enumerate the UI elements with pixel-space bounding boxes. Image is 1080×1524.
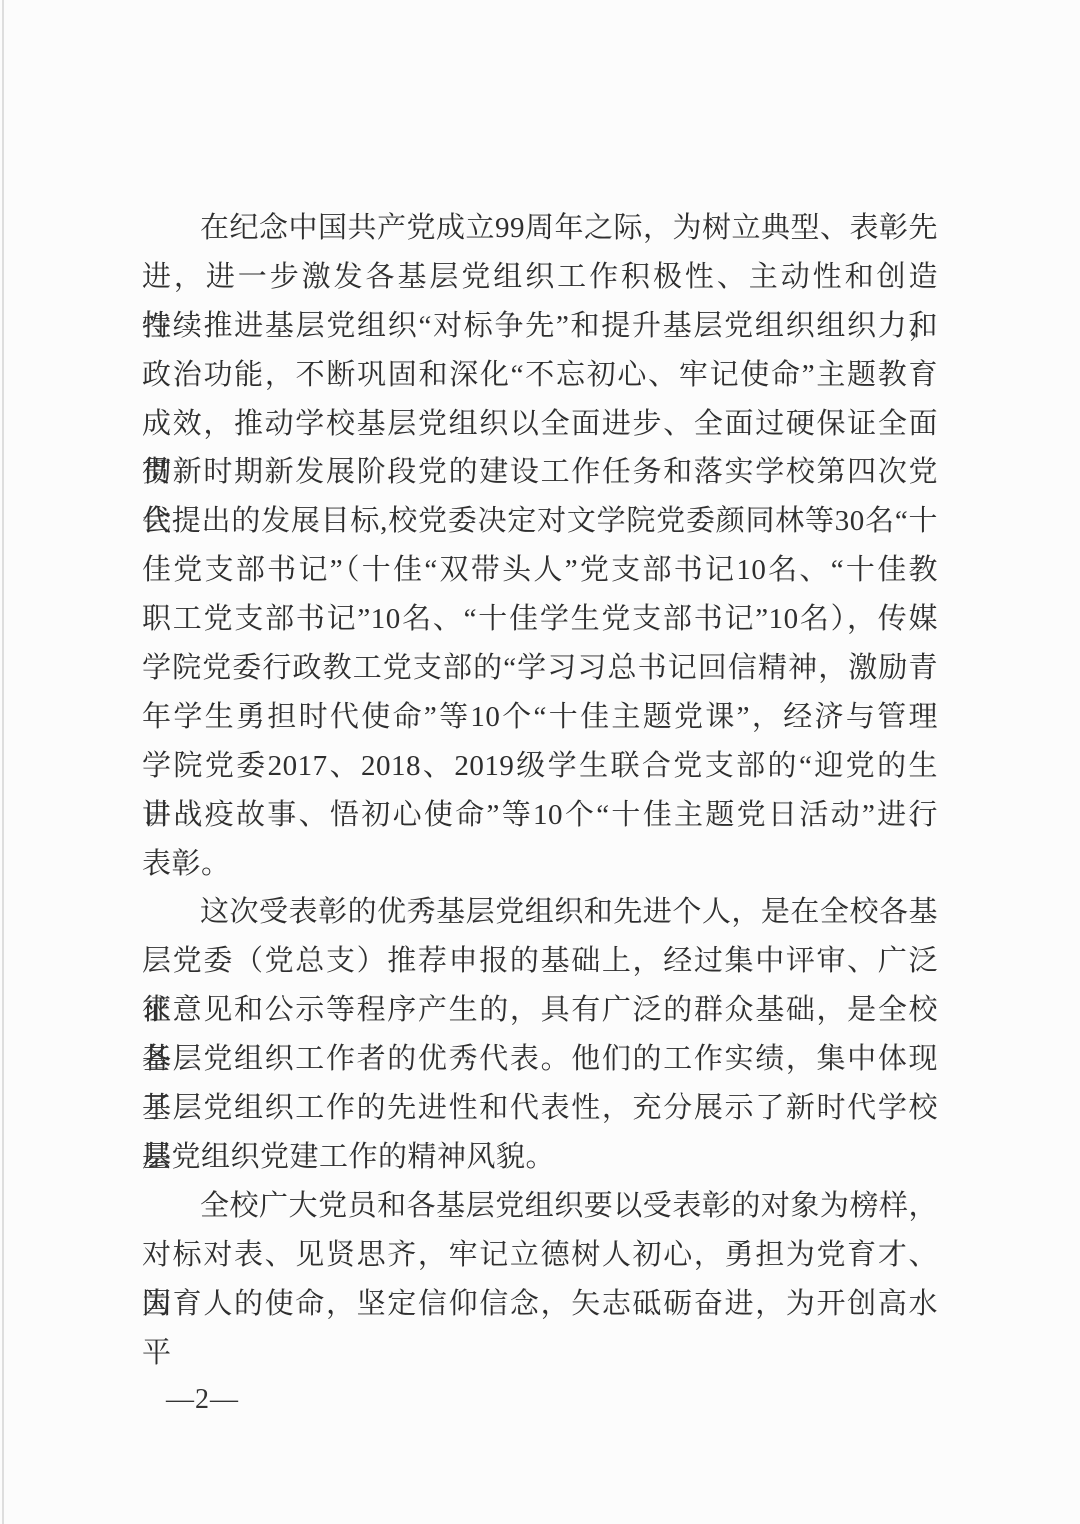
text-line: 在纪念中国共产党成立99周年之际，为树立典型、表彰先	[142, 204, 938, 253]
text-line: 学院党委2017、2018、2019级学生联合党支部的“迎党的生日、	[142, 742, 938, 791]
text-line: 基层党组织工作者的优秀代表。他们的工作实绩，集中体现了	[142, 1035, 938, 1084]
text-line: 职工党支部书记”10名、“十佳学生党支部书记”10名），传媒	[142, 595, 938, 644]
text-line: 进，进一步激发各基层党组织工作积极性、主动性和创造性，	[142, 253, 938, 302]
text-line: 层党组织党建工作的精神风貌。	[142, 1133, 938, 1182]
document-body: 在纪念中国共产党成立99周年之际，为树立典型、表彰先进，进一步激发各基层党组织工…	[142, 204, 938, 1328]
text-line: 会提出的发展目标,校党委决定对文学院党委颜同林等30名“十	[142, 497, 938, 546]
text-line: 求意见和公示等程序产生的，具有广泛的群众基础，是全校各	[142, 986, 938, 1035]
scan-artifact-line	[2, 0, 4, 1524]
text-line: 表彰。	[142, 840, 938, 889]
text-line: 持续推进基层党组织“对标争先”和提升基层党组织组织力和	[142, 302, 938, 351]
text-line: 层党委（党总支）推荐申报的基础上，经过集中评审、广泛征	[142, 937, 938, 986]
text-line: 基层党组织工作的先进性和代表性，充分展示了新时代学校基	[142, 1084, 938, 1133]
text-line: 讲战疫故事、悟初心使命”等10个“十佳主题党日活动”进行	[142, 791, 938, 840]
text-line: 年学生勇担时代使命”等10个“十佳主题党课”，经济与管理	[142, 693, 938, 742]
text-line: 佳党支部书记”（十佳“双带头人”党支部书记10名、“十佳教	[142, 546, 938, 595]
text-line: 政治功能，不断巩固和深化“不忘初心、牢记使命”主题教育	[142, 351, 938, 400]
document-page: 在纪念中国共产党成立99周年之际，为树立典型、表彰先进，进一步激发各基层党组织工…	[0, 0, 1080, 1524]
text-line: 学院党委行政教工党支部的“学习习总书记回信精神，激励青	[142, 644, 938, 693]
text-line: 全校广大党员和各基层党组织要以受表彰的对象为榜样，	[142, 1182, 938, 1231]
text-line: 成效，推动学校基层党组织以全面进步、全面过硬保证全面贯	[142, 400, 938, 449]
text-line: 国育人的使命，坚定信仰信念，矢志砥砺奋进，为开创高水平	[142, 1280, 938, 1329]
text-line: 这次受表彰的优秀基层党组织和先进个人，是在全校各基	[142, 888, 938, 937]
text-line: 彻新时期新发展阶段党的建设工作任务和落实学校第四次党代	[142, 448, 938, 497]
page-number: —2—	[166, 1380, 239, 1420]
text-line: 对标对表、见贤思齐，牢记立德树人初心，勇担为党育才、为	[142, 1231, 938, 1280]
